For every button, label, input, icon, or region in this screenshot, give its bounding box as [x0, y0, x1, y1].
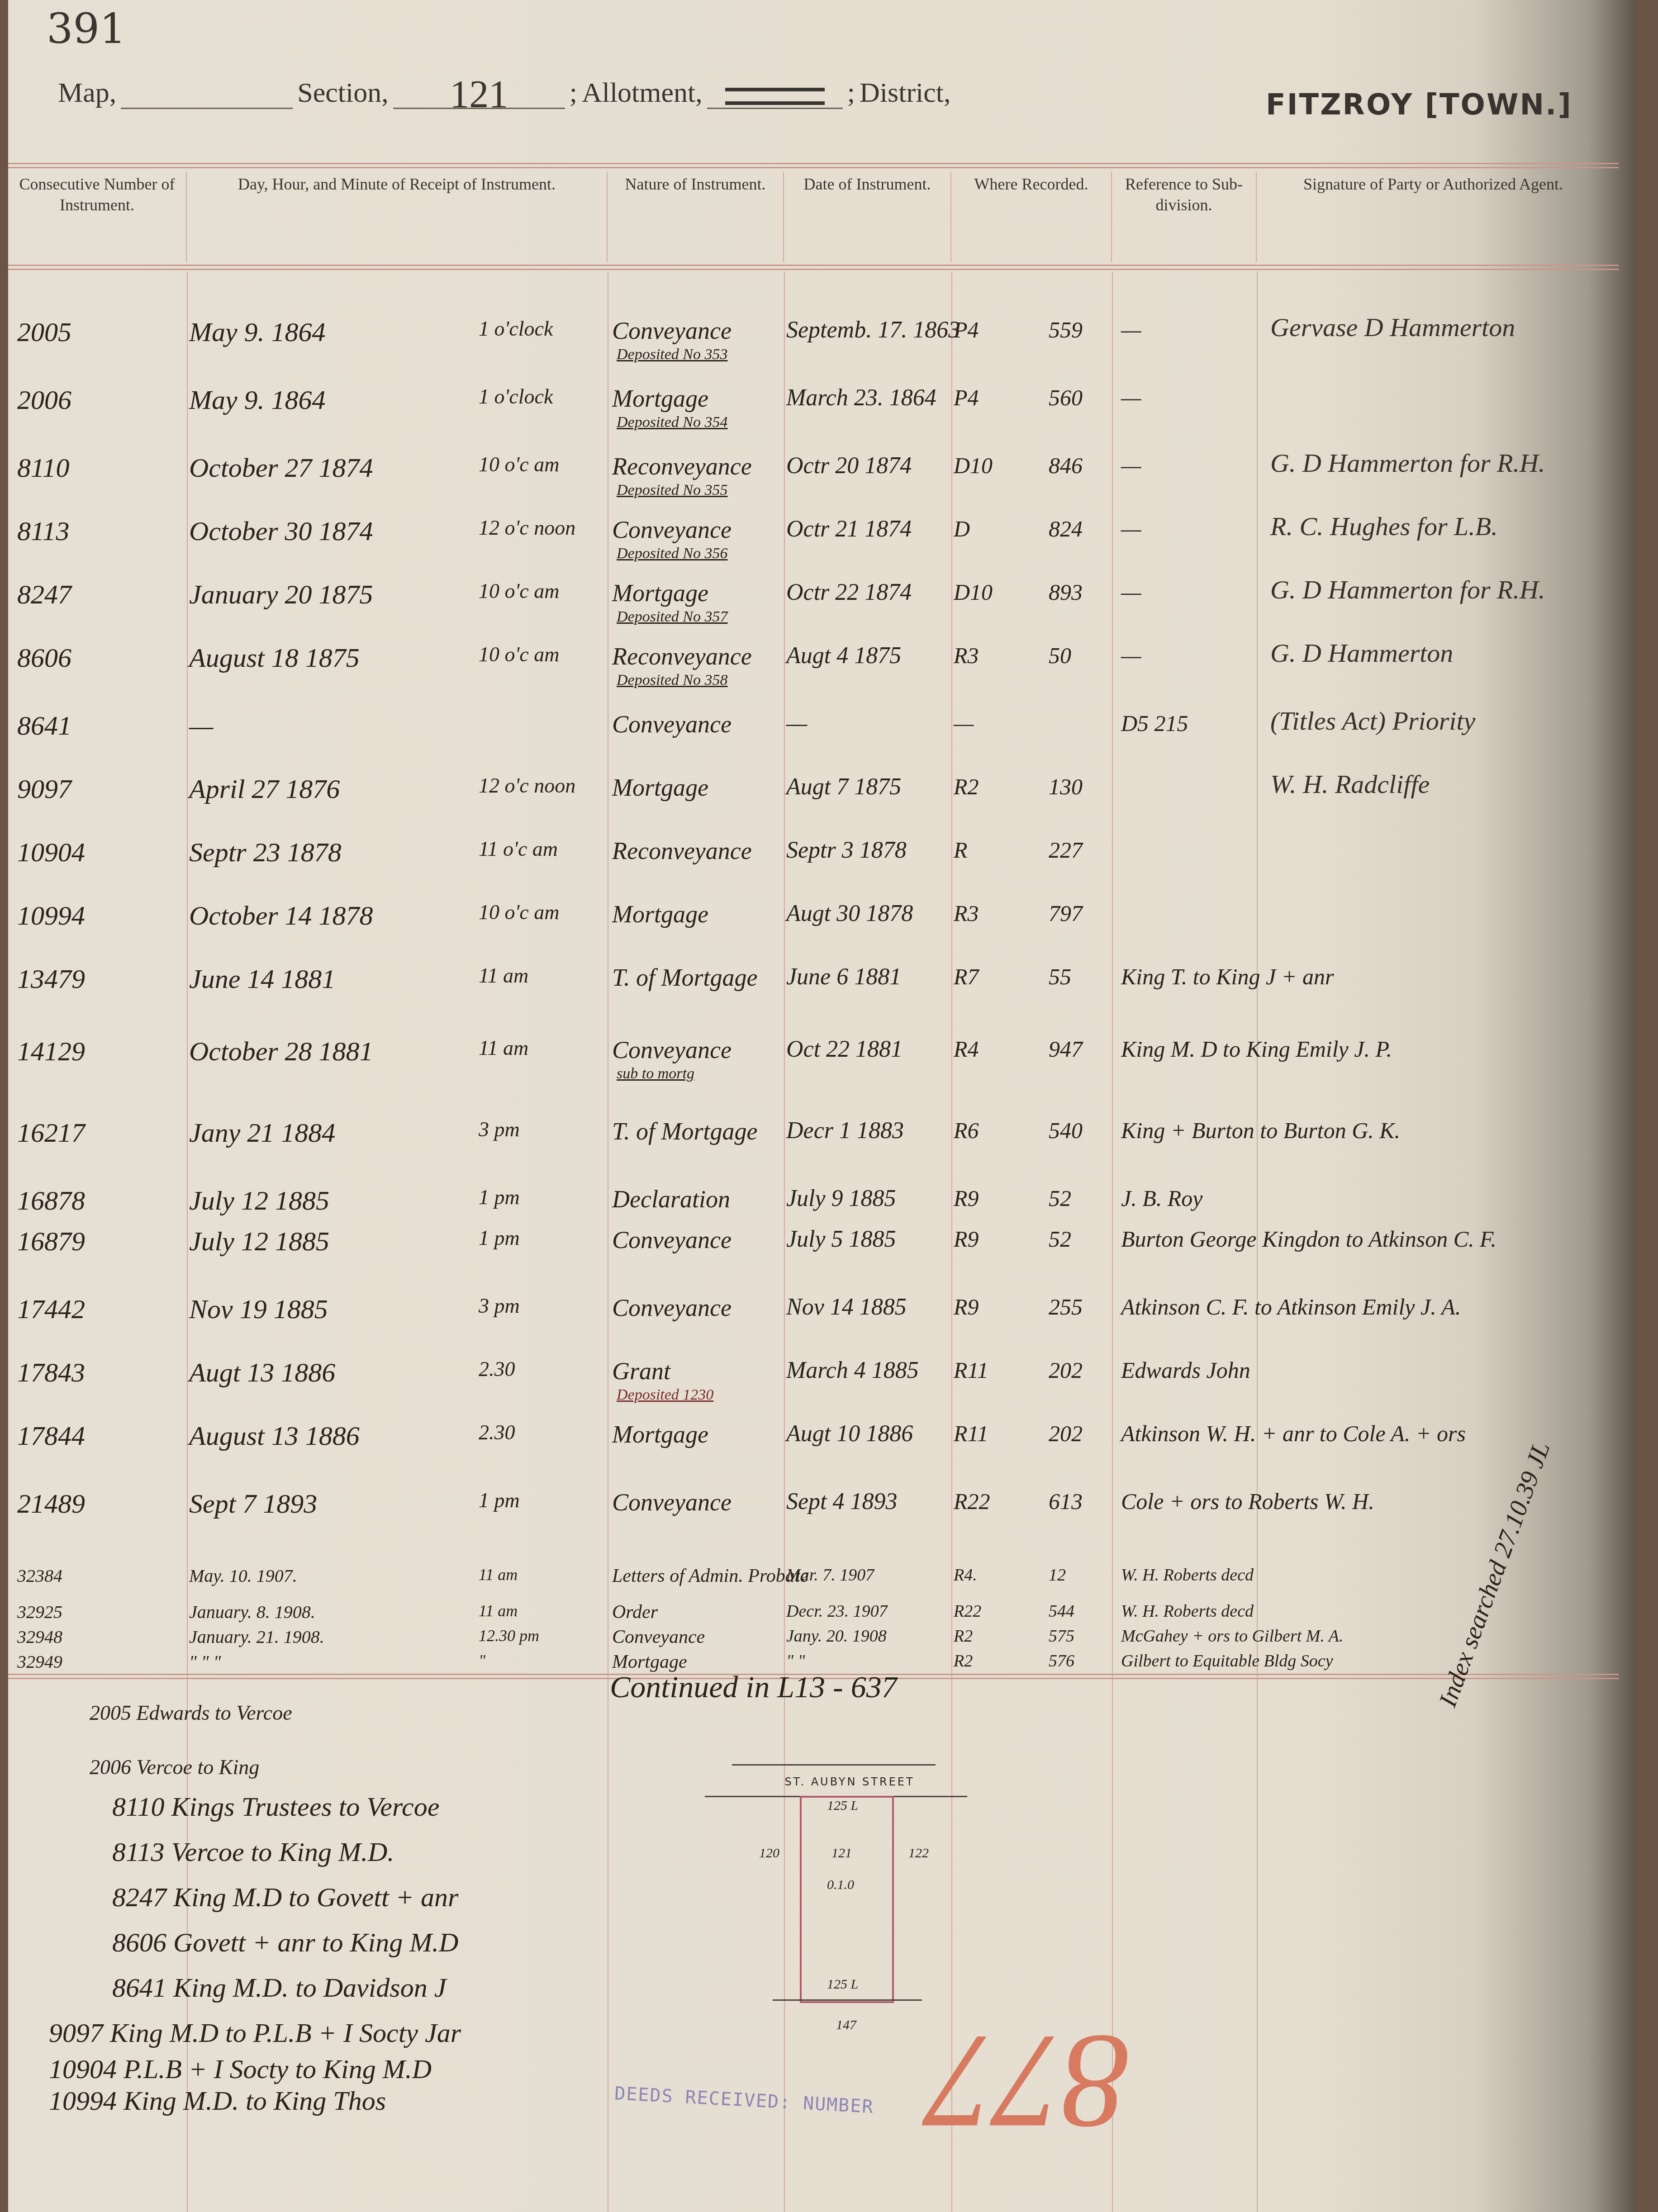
- deposit-note: Deposited No 355: [617, 482, 728, 499]
- index-entry: 2005 Edwards to Vercoe: [90, 1701, 292, 1725]
- cell-time: 1 o'clock: [479, 317, 553, 341]
- allotment-label: Allotment,: [582, 77, 703, 109]
- cell-time: 1 pm: [479, 1226, 520, 1250]
- cell-num: 17844: [17, 1420, 85, 1452]
- signature: W. H. Radcliffe: [1270, 769, 1430, 799]
- cell-nature: Mortgage: [612, 384, 708, 413]
- cell-date: Decr 1 1883: [786, 1117, 904, 1144]
- cell-where: D10: [954, 579, 993, 605]
- cell-time: 12.30 pm: [479, 1626, 539, 1645]
- cell-ref: —: [1121, 516, 1141, 542]
- cell-receipt: January. 8. 1908.: [189, 1601, 315, 1623]
- cell-num: 21489: [17, 1488, 85, 1519]
- cell-time: ": [479, 1651, 485, 1670]
- cell-nature: Mortgage: [612, 900, 708, 928]
- cell-receipt: October 27 1874: [189, 452, 373, 484]
- cell-time: 12 o'c noon: [479, 774, 575, 797]
- cell-receipt: June 14 1881: [189, 964, 335, 995]
- map-value: [121, 81, 293, 109]
- cell-receipt: May 9. 1864: [189, 384, 326, 416]
- header-rule-top: [8, 163, 1619, 168]
- cell-page: 227: [1049, 837, 1083, 863]
- cell-date: March 4 1885: [786, 1357, 919, 1384]
- cell-date: Augt 7 1875: [786, 774, 901, 800]
- cell-num: 16879: [17, 1226, 85, 1257]
- cell-nature: Order: [612, 1601, 658, 1623]
- cell-nature: Conveyance: [612, 1036, 732, 1064]
- cell-receipt: August 13 1886: [189, 1420, 360, 1452]
- deposit-note: Deposited 1230: [617, 1386, 713, 1404]
- cell-nature: Conveyance: [612, 710, 732, 738]
- signature: G. D Hammerton: [1270, 638, 1453, 668]
- cell-page: 130: [1049, 774, 1083, 800]
- index-entry: 10904 P.L.B + I Socty to King M.D: [49, 2054, 432, 2085]
- index-entry: 10994 King M.D. to King Thos: [49, 2085, 386, 2117]
- allotment-value: [707, 81, 843, 109]
- col-consecutive-number: Consecutive Number of Instrument.: [8, 172, 187, 262]
- index-entry: 8247 King M.D to Govett + anr: [112, 1882, 458, 1913]
- cell-nature: Mortgage: [612, 1420, 708, 1448]
- cell-ref: King + Burton to Burton G. K.: [1121, 1117, 1400, 1144]
- continued-note: Continued in L13 - 637: [610, 1669, 897, 1705]
- cell-where: R11: [954, 1420, 988, 1447]
- cell-num: 2005: [17, 317, 71, 348]
- folio-number: 391: [47, 5, 126, 53]
- cell-receipt: July 12 1885: [189, 1185, 329, 1216]
- column-headers: Consecutive Number of Instrument. Day, H…: [8, 172, 1610, 262]
- cell-where: R2: [954, 1651, 973, 1671]
- cell-num: 8641: [17, 710, 71, 741]
- index-entry: 2006 Vercoe to King: [90, 1755, 259, 1779]
- cell-date: Augt 10 1886: [786, 1420, 913, 1447]
- deposit-note: Deposited No 353: [617, 346, 728, 363]
- index-entry: 8641 King M.D. to Davidson J: [112, 1972, 446, 2003]
- cell-num: 10904: [17, 837, 85, 868]
- col-where-recorded: Where Recorded.: [951, 172, 1112, 262]
- cell-receipt: October 14 1878: [189, 900, 373, 931]
- cell-receipt: October 28 1881: [189, 1036, 373, 1067]
- cell-num: 8113: [17, 516, 70, 547]
- cell-time: 2.30: [479, 1357, 515, 1381]
- cell-num: 13479: [17, 964, 85, 995]
- cell-time: 11 am: [479, 1036, 528, 1060]
- cell-receipt: January 20 1875: [189, 579, 373, 610]
- cell-num: 32948: [17, 1626, 62, 1647]
- cell-page: 544: [1049, 1601, 1074, 1621]
- cell-nature: Mortgage: [612, 579, 708, 607]
- cell-where: D10: [954, 452, 993, 479]
- cell-nature: Conveyance: [612, 1488, 732, 1516]
- cell-num: 16878: [17, 1185, 85, 1216]
- cell-page: 255: [1049, 1294, 1083, 1320]
- cell-ref: D5 215: [1121, 710, 1188, 736]
- cell-date: Octr 21 1874: [786, 516, 912, 542]
- cell-receipt: Septr 23 1878: [189, 837, 342, 868]
- cell-time: 11 am: [479, 964, 528, 987]
- col-nature: Nature of Instrument.: [608, 172, 784, 262]
- cell-date: March 23. 1864: [786, 384, 936, 411]
- cell-page: 55: [1049, 964, 1071, 990]
- cell-num: 17843: [17, 1357, 85, 1388]
- district-value: FITZROY [TOWN.]: [1266, 88, 1572, 122]
- cell-receipt: Sept 7 1893: [189, 1488, 317, 1519]
- cell-where: R4.: [954, 1565, 977, 1585]
- cell-page: 52: [1049, 1185, 1071, 1211]
- cell-ref: McGahey + ors to Gilbert M. A.: [1121, 1626, 1343, 1646]
- cell-time: 12 o'c noon: [479, 516, 575, 540]
- cell-receipt: " " ": [189, 1651, 221, 1672]
- cell-where: —: [954, 710, 974, 736]
- cell-ref: Gilbert to Equitable Bldg Socy: [1121, 1651, 1333, 1671]
- plan-street: ST. AUBYN STREET: [732, 1775, 967, 1788]
- deposit-note: Deposited No 356: [617, 545, 728, 562]
- cell-nature: Conveyance: [612, 516, 732, 544]
- cell-time: 11 am: [479, 1601, 518, 1620]
- cell-num: 8606: [17, 642, 71, 674]
- section-value: 121: [393, 81, 565, 109]
- district-label: District,: [860, 77, 950, 109]
- cell-where: R3: [954, 900, 979, 926]
- cell-page: 846: [1049, 452, 1083, 479]
- cell-where: R6: [954, 1117, 979, 1144]
- col-receipt: Day, Hour, and Minute of Receipt of Inst…: [187, 172, 608, 262]
- signature: R. C. Hughes for L.B.: [1270, 511, 1498, 541]
- cell-time: 3 pm: [479, 1294, 520, 1318]
- cell-page: 52: [1049, 1226, 1071, 1252]
- cell-time: 10 o'c am: [479, 642, 559, 666]
- cell-receipt: May. 10. 1907.: [189, 1565, 297, 1586]
- cell-where: R: [954, 837, 968, 863]
- cell-nature: Conveyance: [612, 317, 732, 345]
- cell-page: 559: [1049, 317, 1083, 343]
- cell-nature: Reconveyance: [612, 837, 752, 865]
- cell-time: 11 am: [479, 1565, 518, 1584]
- cell-ref: —: [1121, 317, 1141, 343]
- cell-page: 824: [1049, 516, 1083, 542]
- cell-page: 947: [1049, 1036, 1083, 1062]
- cell-nature: Conveyance: [612, 1626, 705, 1648]
- cell-time: 10 o'c am: [479, 452, 559, 476]
- signature: Gervase D Hammerton: [1270, 312, 1515, 342]
- cell-ref: J. B. Roy: [1121, 1185, 1202, 1211]
- cell-where: R9: [954, 1226, 979, 1252]
- cell-nature: Conveyance: [612, 1294, 732, 1322]
- cell-nature: Declaration: [612, 1185, 730, 1213]
- cell-nature: T. of Mortgage: [612, 964, 758, 992]
- cell-receipt: —: [189, 710, 213, 741]
- cell-num: 32925: [17, 1601, 62, 1623]
- cell-receipt: Augt 13 1886: [189, 1357, 335, 1388]
- cell-where: R2: [954, 774, 979, 800]
- cell-num: 2006: [17, 384, 71, 416]
- cell-date: Septemb. 17. 1863: [786, 317, 960, 343]
- cell-date: " ": [786, 1651, 805, 1671]
- cell-num: 32384: [17, 1565, 62, 1586]
- cell-time: 11 o'c am: [479, 837, 558, 861]
- deposit-note: Deposited No 354: [617, 414, 728, 431]
- cell-page: 202: [1049, 1357, 1083, 1383]
- cell-num: 8110: [17, 452, 70, 484]
- cell-page: 12: [1049, 1565, 1066, 1585]
- cell-date: Oct 22 1881: [786, 1036, 903, 1063]
- cell-ref: King M. D to King Emily J. P.: [1121, 1036, 1392, 1062]
- signature: G. D Hammerton for R.H.: [1270, 448, 1545, 478]
- cell-where: P4: [954, 317, 979, 343]
- cell-where: R2: [954, 1626, 973, 1646]
- col-reference: Reference to Sub-division.: [1112, 172, 1257, 262]
- cell-nature: Mortgage: [612, 774, 708, 802]
- index-entry: 8606 Govett + anr to King M.D: [112, 1927, 458, 1958]
- cell-ref: Burton George Kingdon to Atkinson C. F.: [1121, 1226, 1496, 1252]
- cell-where: R9: [954, 1185, 979, 1211]
- cell-receipt: July 12 1885: [189, 1226, 329, 1257]
- cell-ref: —: [1121, 452, 1141, 479]
- plan-lot-number: 121: [831, 1846, 852, 1861]
- cell-ref: W. H. Roberts decd: [1121, 1601, 1254, 1621]
- cell-date: Jany. 20. 1908: [786, 1626, 887, 1646]
- cell-num: 14129: [17, 1036, 85, 1067]
- cell-page: 613: [1049, 1488, 1083, 1514]
- signature: (Titles Act) Priority: [1270, 706, 1475, 736]
- cell-time: 1 pm: [479, 1488, 520, 1512]
- cell-num: 8247: [17, 579, 71, 610]
- cell-time: 1 pm: [479, 1185, 520, 1209]
- cell-page: 560: [1049, 384, 1083, 411]
- cell-nature: Letters of Admin. Probate: [612, 1565, 808, 1587]
- cell-date: Octr 22 1874: [786, 579, 912, 606]
- cell-page: 893: [1049, 579, 1083, 605]
- cell-time: 2.30: [479, 1420, 515, 1444]
- cell-where: R22: [954, 1488, 990, 1514]
- deposit-note: Deposited No 358: [617, 672, 728, 689]
- cell-nature: Reconveyance: [612, 452, 752, 480]
- cell-date: Decr. 23. 1907: [786, 1601, 888, 1621]
- cell-page: 575: [1049, 1626, 1074, 1646]
- cell-where: R22: [954, 1601, 981, 1621]
- cell-where: R4: [954, 1036, 979, 1062]
- cell-page: 576: [1049, 1651, 1074, 1671]
- cell-num: 16217: [17, 1117, 85, 1149]
- cell-date: Septr 3 1878: [786, 837, 907, 864]
- cell-ref: —: [1121, 384, 1141, 411]
- cell-ref: —: [1121, 642, 1141, 669]
- index-entry: 9097 King M.D to P.L.B + I Socty Jar: [49, 2017, 461, 2049]
- plan-lot: [800, 1796, 894, 2003]
- cell-date: Mar. 7. 1907: [786, 1565, 874, 1585]
- cell-ref: W. H. Roberts decd: [1121, 1565, 1254, 1585]
- signature: G. D Hammerton for R.H.: [1270, 574, 1545, 605]
- cell-page: 540: [1049, 1117, 1083, 1144]
- cell-date: Augt 30 1878: [786, 900, 913, 927]
- cell-time: 3 pm: [479, 1117, 520, 1141]
- cell-where: R9: [954, 1294, 979, 1320]
- cell-where: R7: [954, 964, 979, 990]
- cell-date: Augt 4 1875: [786, 642, 901, 669]
- header-rule-bottom: [8, 265, 1619, 270]
- cell-date: —: [786, 710, 807, 737]
- cell-ref: Cole + ors to Roberts W. H.: [1121, 1488, 1374, 1514]
- cell-date: July 9 1885: [786, 1185, 896, 1212]
- cell-nature: T. of Mortgage: [612, 1117, 758, 1145]
- cell-date: July 5 1885: [786, 1226, 896, 1253]
- cell-where: R11: [954, 1357, 988, 1383]
- cell-ref: Edwards John: [1121, 1357, 1250, 1383]
- deeds-received-stamp: DEEDS RECEIVED: NUMBER: [614, 2083, 874, 2117]
- cell-date: June 6 1881: [786, 964, 901, 990]
- cell-where: R3: [954, 642, 979, 669]
- cell-ref: Atkinson W. H. + anr to Cole A. + ors: [1121, 1420, 1466, 1447]
- cell-num: 10994: [17, 900, 85, 931]
- cell-page: 202: [1049, 1420, 1083, 1447]
- index-entry: 8113 Vercoe to King M.D.: [112, 1837, 394, 1868]
- cell-time: 1 o'clock: [479, 384, 553, 408]
- cell-receipt: August 18 1875: [189, 642, 360, 674]
- deposit-note: Deposited No 357: [617, 608, 728, 626]
- cell-date: Octr 20 1874: [786, 452, 912, 479]
- cell-ref: —: [1121, 579, 1141, 605]
- cell-page: 797: [1049, 900, 1083, 926]
- cell-nature: Conveyance: [612, 1226, 732, 1254]
- cell-date: Sept 4 1893: [786, 1488, 898, 1515]
- ledger-page: 391 Map, Section, 121 ; Allotment, ; Dis…: [8, 0, 1637, 2212]
- cell-receipt: April 27 1876: [189, 774, 340, 805]
- cell-num: 17442: [17, 1294, 85, 1325]
- cell-receipt: January. 21. 1908.: [189, 1626, 324, 1647]
- cell-where: D: [954, 516, 970, 542]
- cell-nature: Reconveyance: [612, 642, 752, 670]
- cell-time: 10 o'c am: [479, 579, 559, 603]
- cell-date: Nov 14 1885: [786, 1294, 907, 1320]
- page-header: Map, Section, 121 ; Allotment, ; Distric…: [58, 77, 951, 109]
- cell-receipt: October 30 1874: [189, 516, 373, 547]
- cell-where: P4: [954, 384, 979, 411]
- cell-num: 9097: [17, 774, 71, 805]
- cell-receipt: May 9. 1864: [189, 317, 326, 348]
- cell-num: 32949: [17, 1651, 62, 1672]
- section-label: Section,: [297, 77, 388, 109]
- cell-receipt: Jany 21 1884: [189, 1117, 335, 1149]
- cell-ref: Atkinson C. F. to Atkinson Emily J. A.: [1121, 1294, 1461, 1320]
- map-label: Map,: [58, 77, 116, 109]
- cell-time: 10 o'c am: [479, 900, 559, 924]
- cell-page: 50: [1049, 642, 1071, 669]
- cell-ref: King T. to King J + anr: [1121, 964, 1334, 990]
- cell-receipt: Nov 19 1885: [189, 1294, 328, 1325]
- col-signature: Signature of Party or Authorized Agent.: [1257, 172, 1610, 262]
- red-pencil-number: 877: [926, 2004, 1130, 2160]
- deposit-note: sub to mortg: [617, 1065, 694, 1082]
- margin-note: Index searched 27.10.39 JL: [1433, 1438, 1556, 1711]
- index-entry: 8110 Kings Trustees to Vercoe: [112, 1791, 439, 1823]
- col-date: Date of Instrument.: [784, 172, 951, 262]
- cell-nature: Grant: [612, 1357, 670, 1385]
